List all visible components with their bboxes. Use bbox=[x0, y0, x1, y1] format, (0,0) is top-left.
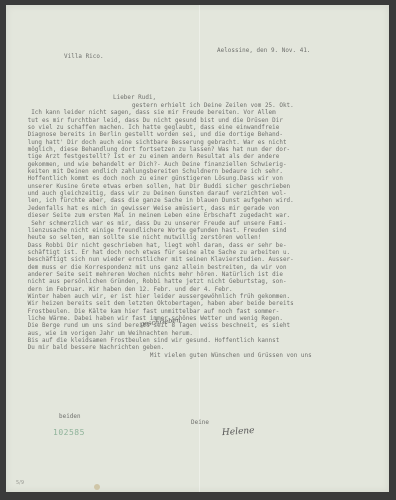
body-line: möglich, diese Behandlung dort fortsetze… bbox=[24, 147, 312, 154]
place-date: Aelossine, den 9. Nov. 41. bbox=[217, 48, 311, 55]
body-line: unserer Kusine Grete etwas erben sollen,… bbox=[24, 184, 312, 191]
pencil-mark: 5/9 bbox=[16, 480, 24, 486]
body-line: anderer Seite seit mehreren Wochen nicht… bbox=[24, 272, 312, 279]
body-line: so viel zu schaffen machen. Ich hatte ge… bbox=[24, 125, 312, 132]
body-line: Frostbeulen. Die Kälte kam hier fast unm… bbox=[24, 309, 312, 316]
body-line: dieser Seite zum ersten Mal in meinem Le… bbox=[24, 213, 312, 220]
body-line: lung hatt' Dir doch auch eine sichtbare … bbox=[24, 140, 312, 147]
body-line: heute so selten, man sollte sie nicht mu… bbox=[24, 235, 312, 242]
body-line: Ich kann leider nicht sagen, dass sie mi… bbox=[24, 110, 312, 117]
body-line: schäftigt ist. Er hat doch noch etwas fü… bbox=[24, 250, 312, 257]
body-line: Mit vielen guten Wünschen und Grüssen vo… bbox=[24, 353, 312, 360]
body-line: tut es mir furchtbar leid, dass Du nicht… bbox=[24, 118, 312, 125]
body-line: lienzusache nicht einige freundlichere W… bbox=[24, 228, 312, 235]
sign-label: Deine bbox=[191, 420, 209, 427]
body-line: tige Arzt festgestellt? Ist er zu einem … bbox=[24, 154, 312, 161]
body-line: Hoffentlich kommt es doch noch zu einer … bbox=[24, 176, 312, 183]
body-line: gestern erhielt ich Deine Zeilen vom 25.… bbox=[24, 103, 312, 110]
body-line: Winter haben auch wir, er ist hier leide… bbox=[24, 294, 312, 301]
body-line: dern im Februar. Wir haben den 12. Febr.… bbox=[24, 287, 312, 294]
closing-word: beiden bbox=[59, 414, 81, 421]
body-line: aus, wie im vorigen Jahr um Weihnachten … bbox=[24, 331, 312, 338]
body-line: dem muss er die Korrespondenz mit uns ga… bbox=[24, 265, 312, 272]
body-line: Du mir bald bessere Nachrichten geben. bbox=[24, 345, 312, 352]
body-line: Wir heizen bereits seit dem letzten Okto… bbox=[24, 301, 312, 308]
body-line: und auch gleichzeitig, dass wir zu Deine… bbox=[24, 191, 312, 198]
body-line: gekommen, und wie behandelt er Dich?- Au… bbox=[24, 162, 312, 169]
body-line: Diagnose bereits in Berlin gestellt word… bbox=[24, 132, 312, 139]
body-line: Sehr schmerzlich war es mir, dass Du zu … bbox=[24, 221, 312, 228]
body-line: nicht aus persönlichen Gründen, Robbi ha… bbox=[24, 279, 312, 286]
body-line: len, ich fürchte aber, dass die ganze Sa… bbox=[24, 198, 312, 205]
body-line: Dass Robbi Dir nicht geschrieben hat, li… bbox=[24, 243, 312, 250]
body-line: beschäftigt sich nun wieder ernstlicher … bbox=[24, 257, 312, 264]
salutation: Lieber Rudi, bbox=[113, 95, 156, 102]
body-line: Jedenfalls hat es mich in gewisser Weise… bbox=[24, 206, 312, 213]
body-line: keiten mit Deinen endlich zahlungsbereit… bbox=[24, 169, 312, 176]
archive-number-stamp: 102585 bbox=[53, 428, 85, 437]
body-line: Bis auf die kleidsamen Frostbeulen sind … bbox=[24, 338, 312, 345]
address-line: Villa Rico. bbox=[64, 54, 104, 61]
paper-stain bbox=[94, 484, 100, 490]
